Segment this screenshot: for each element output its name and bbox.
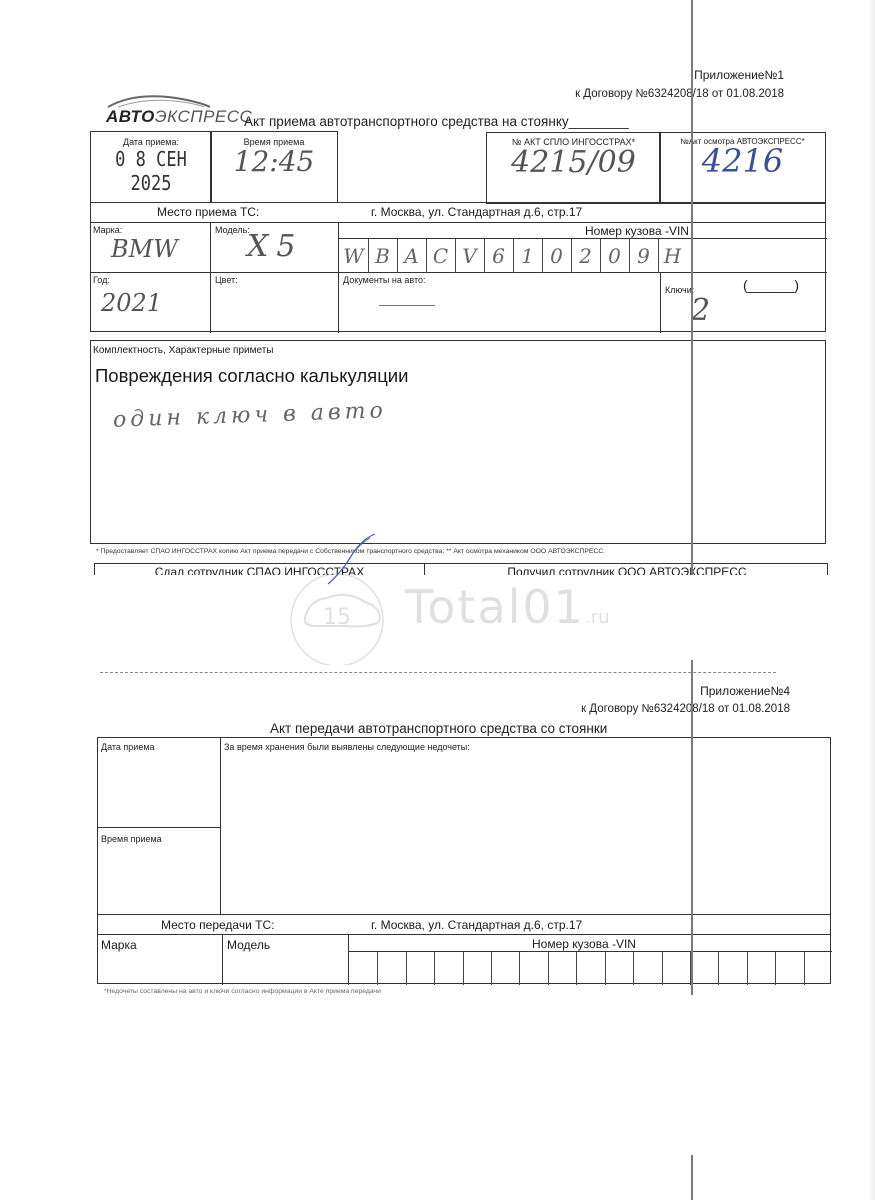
release-vin-header: Номер кузова -VIN [349, 935, 832, 952]
damage-statement: Повреждения согласно калькуляции [95, 365, 408, 387]
release-vin-cell: Номер кузова -VIN [349, 935, 832, 985]
contract-reference-4: к Договору №6324208/18 от 01.08.2018 [500, 703, 790, 715]
vin-character: V [455, 239, 484, 273]
release-table: Дата приема Время приема За время хранен… [97, 737, 831, 984]
vin-cell-divider [804, 952, 805, 985]
features-label: Комплектность, Характерные приметы [93, 345, 274, 356]
vin-character: A [397, 239, 426, 273]
vin-cell-divider [605, 952, 606, 985]
watermark-suffix: .ru [585, 607, 610, 628]
release-date-cell: Дата приема [98, 738, 221, 828]
vin-cell-divider [662, 952, 663, 985]
vin-cell-divider [491, 952, 492, 985]
release-time-label: Время приема [101, 834, 162, 844]
color-cell: Цвет: [211, 273, 339, 333]
scan-fold-line-bottom [691, 1155, 693, 1200]
vin-character: 0 [542, 239, 571, 273]
vin-cell-divider [434, 952, 435, 985]
documents-value-dash [379, 305, 435, 306]
signature-right-cell: Получил сотрудник ООО АВТОЭКСПРЕСС [425, 564, 828, 575]
vin-character: C [426, 239, 455, 273]
receipt-date-stamp: 0 8 СЕН 2025 [91, 148, 211, 196]
vin-character: 1 [513, 239, 542, 273]
watermark-text: Total01.ru [405, 580, 610, 634]
vin-label: Номер кузова -VIN [585, 224, 689, 238]
vin-character: 2 [571, 239, 600, 273]
vin-cell-divider [775, 952, 776, 985]
release-brand-label: Марка [101, 938, 137, 952]
release-model-cell: Модель [223, 935, 349, 985]
vin-header: Номер кузова -VIN [339, 223, 827, 239]
vin-cell-divider [633, 952, 634, 985]
year-cell: Год: 2021 [91, 273, 211, 333]
documents-cell: Документы на авто: [339, 273, 661, 333]
keys-cell: Ключи: 2 (______) [661, 273, 827, 333]
vin-cell-divider [519, 952, 520, 985]
vin-cell-divider [548, 952, 549, 985]
brand-cell: Марка: BMW [91, 223, 211, 273]
place-row: Место приема ТС: г. Москва, ул. Стандарт… [91, 203, 825, 223]
svg-text:15: 15 [323, 605, 351, 630]
release-place-label: Место передачи ТС: [161, 918, 274, 932]
color-label: Цвет: [215, 275, 238, 285]
keys-label: Ключи: [665, 285, 694, 295]
keys-value: 2 [691, 293, 710, 328]
insurer-act-box: № АКТ СПЛО ИНГОССТРАХ* 4215/09 [486, 132, 661, 204]
receipt-date-label: Дата приема: [91, 137, 211, 147]
vin-character: H [658, 239, 687, 273]
vin-cell-divider [576, 952, 577, 985]
defects-label: За время хранения были выявлены следующи… [224, 742, 470, 752]
logo-text-thin: ЭКСПРЕСС [155, 107, 252, 126]
vin-cell-divider [463, 952, 464, 985]
features-box: Комплектность, Характерные приметы Повре… [90, 340, 826, 544]
model-label: Модель: [215, 225, 250, 235]
place-value: г. Москва, ул. Стандартная д.6, стр.17 [371, 205, 582, 219]
contract-reference: к Договору №6324208/18 от 01.08.2018 [500, 88, 784, 100]
brand-value: BMW [111, 235, 178, 263]
release-vin-label: Номер кузова -VIN [532, 937, 636, 951]
form-1-title-text: Акт приема автотранспортного средства на… [244, 114, 569, 129]
car-silhouette-icon [104, 94, 214, 108]
form-1-title: Акт приема автотранспортного средства на… [244, 114, 629, 129]
vin-cell-divider [377, 952, 378, 985]
release-date-label: Дата приема [101, 742, 155, 752]
appendix-4-title: Приложение№4 [600, 684, 790, 698]
model-value: X5 [247, 229, 303, 264]
scan-fold-line-top [691, 0, 693, 575]
vin-character: 0 [600, 239, 629, 273]
handwritten-note: один ключ в авто [113, 398, 388, 433]
documents-label: Документы на авто: [343, 275, 426, 285]
keys-blank: (______) [743, 277, 799, 293]
release-place-value: г. Москва, ул. Стандартная д.6, стр.17 [371, 918, 582, 932]
model-cell: Модель: X5 [211, 223, 339, 273]
inspection-act-box: №Акт осмотра АВТОЭКСПРЕСС* 4216 [659, 132, 826, 204]
watermark-brand: Total01 [405, 580, 585, 634]
autoexpress-logo: АВТОЭКСПРЕСС [104, 94, 214, 130]
vin-character: W [339, 239, 368, 273]
vin-character: 9 [629, 239, 658, 273]
release-time-cell: Время приема [98, 828, 221, 914]
vin-grid: WBACV610209H [339, 239, 689, 273]
release-brand-cell: Марка [98, 935, 223, 985]
vin-cell: Номер кузова -VIN WBACV610209H [339, 223, 827, 273]
appendix-1-title: Приложение№1 [560, 68, 784, 82]
receipt-time-value: 12:45 [211, 145, 337, 178]
receipt-time-box: Время приема 12:45 [210, 131, 338, 203]
vin-cell-divider [406, 952, 407, 985]
logo-text-bold: АВТО [106, 107, 155, 126]
inspection-act-value: 4216 [660, 142, 825, 180]
defects-cell: За время хранения были выявлены следующи… [221, 738, 832, 914]
release-place-row: Место передачи ТС: г. Москва, ул. Станда… [98, 914, 830, 935]
scan-fold-line-middle [691, 660, 693, 995]
form-4-title: Акт передачи автотранспортного средства … [270, 721, 607, 736]
release-model-label: Модель [227, 938, 270, 952]
insurer-act-value: 4215/09 [487, 145, 660, 180]
release-vin-grid [349, 952, 832, 985]
vehicle-info-table: Место приема ТС: г. Москва, ул. Стандарт… [90, 202, 826, 332]
vin-cell-divider [747, 952, 748, 985]
pen-signature-stroke [320, 530, 380, 590]
year-label: Год: [93, 275, 110, 285]
vin-character: B [368, 239, 397, 273]
form-1-title-blank: ________ [569, 114, 629, 129]
cut-line [100, 672, 776, 673]
vin-character: 6 [484, 239, 513, 273]
receipt-date-box: Дата приема: 0 8 СЕН 2025 [90, 131, 212, 203]
brand-label: Марка: [93, 225, 122, 235]
vin-cell-divider [718, 952, 719, 985]
place-label: Место приема ТС: [157, 205, 259, 219]
signature-right-label: Получил сотрудник ООО АВТОЭКСПРЕСС [425, 565, 828, 575]
form-4-footnote: *Недочеты составлены на авто и ключи сог… [104, 988, 381, 995]
page-edge-shadow [869, 0, 875, 1200]
signature-row: Сдал сотрудник СПАО ИНГОССТРАХ Получил с… [94, 563, 828, 575]
year-value: 2021 [101, 289, 162, 317]
